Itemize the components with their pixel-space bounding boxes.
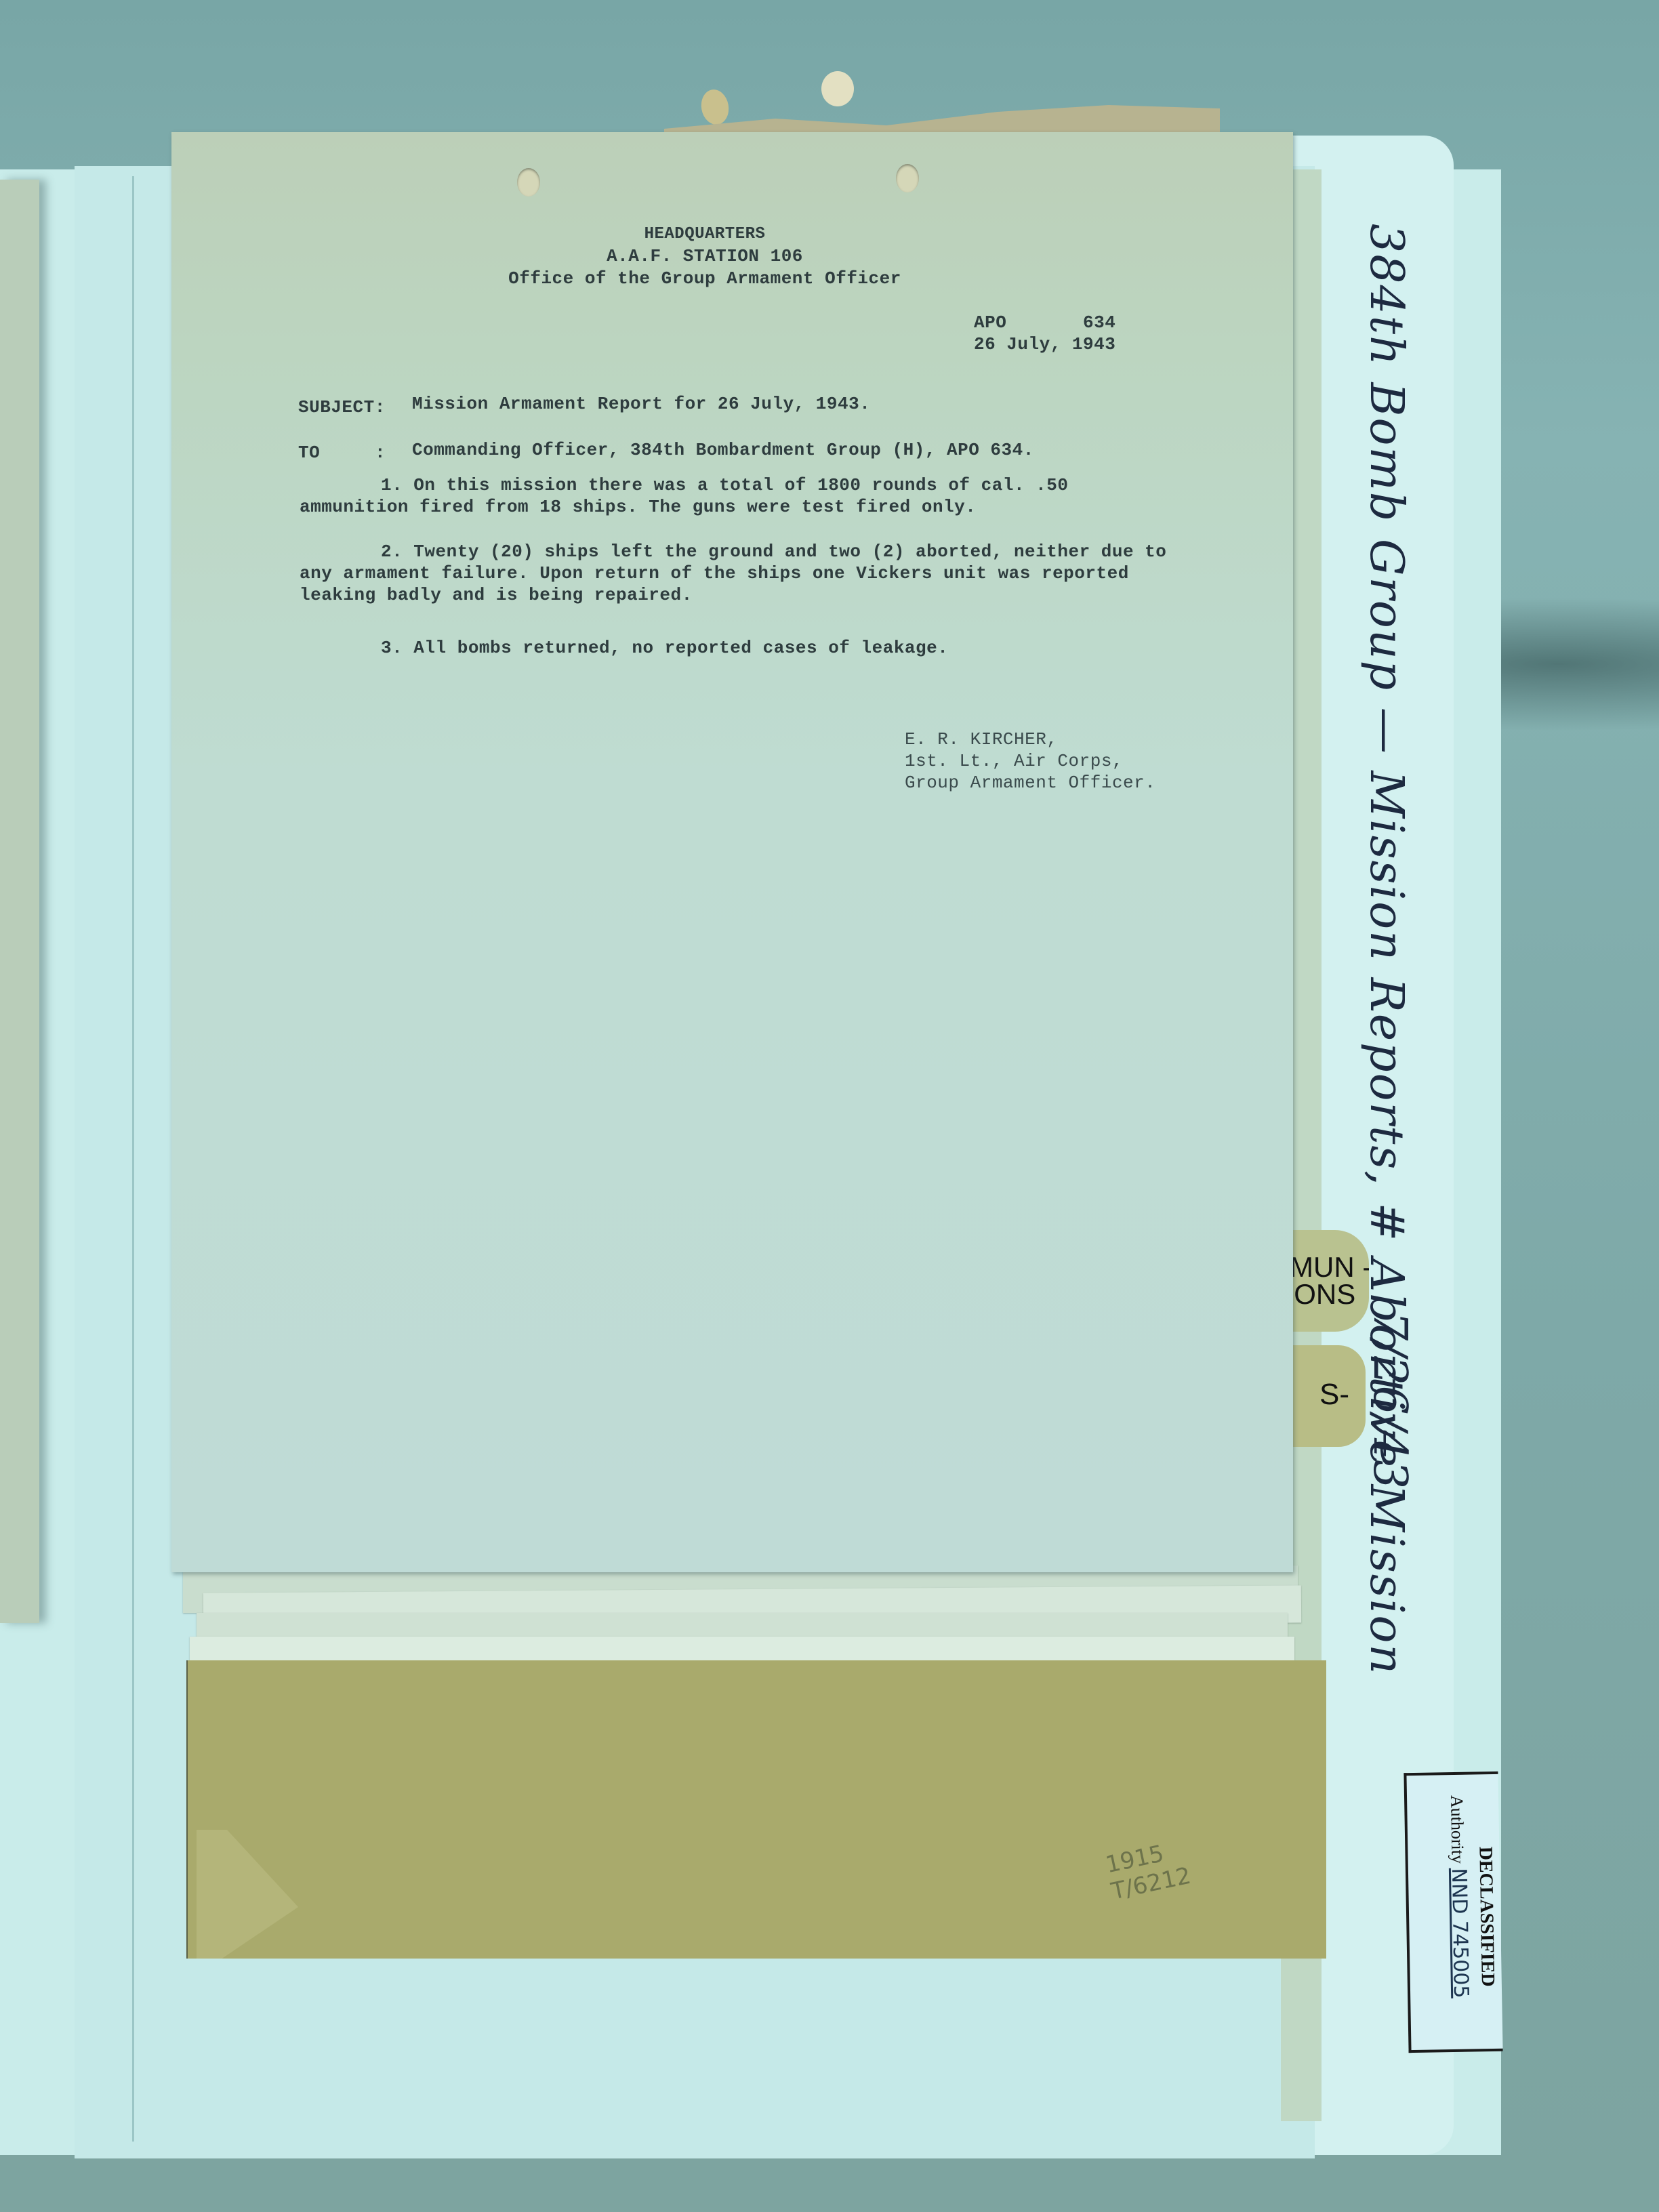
signature-title: Group Armament Officer.: [905, 773, 1155, 793]
divider-tab-s-label: S-: [1319, 1378, 1349, 1412]
manila-envelope: [186, 1660, 1326, 1959]
left-page-edge: [0, 180, 39, 1623]
paragraph-3: 3. All bombs returned, no reported cases…: [300, 637, 1181, 659]
folder-handwritten-date: 7/26/43: [1363, 1311, 1416, 1489]
paragraph-1: 1. On this mission there was a total of …: [300, 474, 1181, 518]
memo-date: 26 July, 1943: [974, 333, 1115, 355]
punch-hole: [896, 164, 919, 192]
declassified-stamp: DECLASSIFIED Authority NND 745005: [1404, 1771, 1502, 2053]
signature-name: E. R. KIRCHER,: [905, 729, 1057, 750]
to-label: TO: [298, 442, 320, 464]
stamp-title: DECLASSIFIED: [1473, 1795, 1499, 2039]
letterhead-line-1: HEADQUARTERS: [468, 224, 942, 245]
to-recipient: Commanding Officer, 384th Bombardment Gr…: [412, 439, 1034, 461]
signature-block: E. R. KIRCHER, 1st. Lt., Air Corps, Grou…: [905, 729, 1155, 794]
paragraph-2: 2. Twenty (20) ships left the ground and…: [300, 541, 1181, 606]
subject-label: SUBJECT:: [298, 396, 386, 418]
stacked-sheet: [190, 1637, 1294, 1664]
paper-fragment: [821, 71, 854, 106]
stamp-authority-number: NND 745005: [1447, 1868, 1473, 1999]
subject-text: Mission Armament Report for 26 July, 194…: [412, 393, 870, 415]
divider-tab-s[interactable]: S-: [1286, 1345, 1366, 1447]
to-colon: :: [375, 442, 386, 464]
punch-hole: [517, 168, 540, 197]
letterhead-line-2: A.A.F. STATION 106: [468, 245, 942, 267]
signature-rank: 1st. Lt., Air Corps,: [905, 751, 1123, 771]
letterhead-line-3: Office of the Group Armament Officer: [468, 268, 942, 289]
memo-page: [171, 132, 1293, 1572]
folder-crease: [132, 176, 134, 2142]
apo-number: APO 634: [974, 312, 1115, 333]
stamp-authority: Authority NND 745005: [1446, 1795, 1473, 2040]
